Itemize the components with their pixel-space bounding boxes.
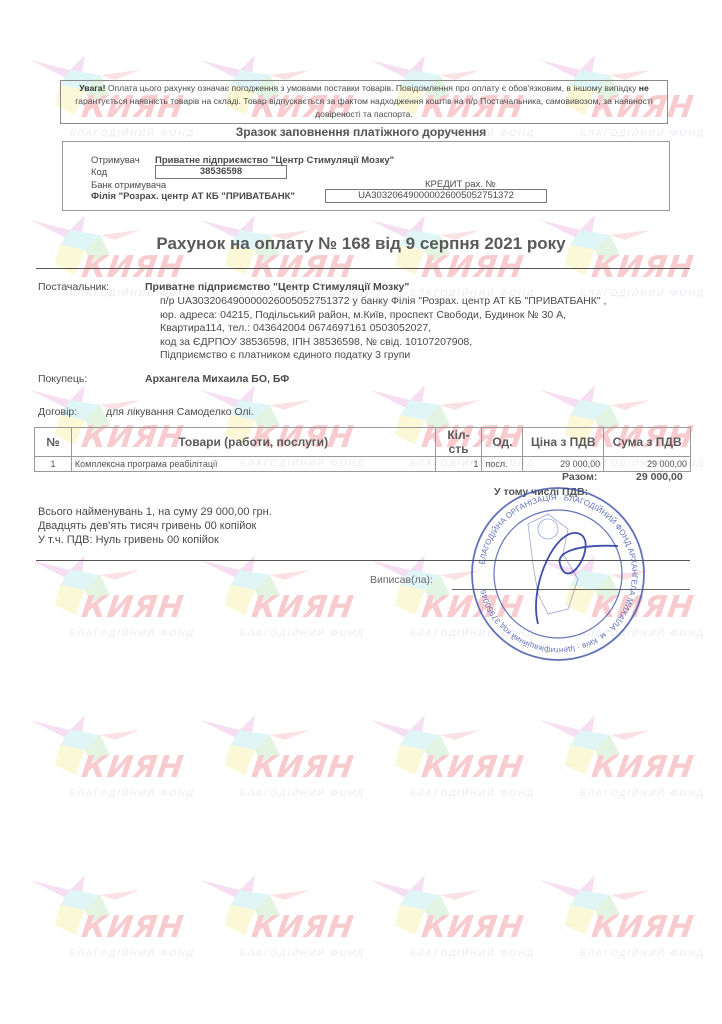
contract-label: Договір: bbox=[38, 406, 77, 420]
invoice-title: Рахунок на оплату № 168 від 9 серпня 202… bbox=[0, 234, 722, 254]
col-goods: Товари (работи, послуги) bbox=[71, 428, 435, 457]
payment-sample-title: Зразок заповнення платіжного доручення bbox=[0, 125, 722, 139]
col-number: № bbox=[35, 428, 72, 457]
supplier-line: п/р UA303206490000026005052751372 у банк… bbox=[160, 295, 606, 309]
summary-block: Всього найменувань 1, на суму 29 000,00 … bbox=[38, 505, 272, 547]
credit-value: UA303206490000026005052751372 bbox=[325, 189, 547, 203]
invoice-document: Увага! Оплата цього рахунку означає пого… bbox=[0, 0, 722, 1024]
cell-price: 29 000,00 bbox=[523, 457, 604, 472]
notice-prefix: Увага! bbox=[79, 83, 105, 93]
bank-label: Банк отримувача bbox=[91, 180, 166, 191]
col-sum: Сума з ПДВ bbox=[604, 428, 691, 457]
col-price: Ціна з ПДВ bbox=[523, 428, 604, 457]
supplier-label: Постачальник: bbox=[38, 281, 109, 295]
col-qty: Кіл-сть bbox=[435, 428, 482, 457]
notice-bold: не bbox=[639, 83, 649, 93]
signature-label: Виписав(ла): bbox=[370, 574, 433, 588]
supplier-line: Підприємство є платником єдиного податку… bbox=[160, 349, 606, 363]
bank-value: Філія "Розрах. центр АТ КБ "ПРИВАТБАНК" bbox=[91, 191, 295, 202]
buyer-label: Покупець: bbox=[38, 373, 87, 387]
buyer-name: Архангела Михаила БО, БФ bbox=[145, 373, 289, 387]
cell-goods: Комплексна програма реабілітації bbox=[71, 457, 435, 472]
cell-unit: посл. bbox=[482, 457, 523, 472]
supplier-name: Приватне підприємство "Центр Стимуляції … bbox=[145, 281, 409, 295]
summary-words: Двадцять дев'ять тисяч гривень 00 копійо… bbox=[38, 519, 272, 533]
summary-vat: У т.ч. ПДВ: Нуль гривень 00 копійок bbox=[38, 533, 272, 547]
code-label: Код bbox=[91, 167, 107, 178]
code-value: 38536598 bbox=[155, 165, 287, 179]
recipient-label: Отримувач bbox=[91, 155, 140, 166]
contract-value: для лікування Самоделко Олі. bbox=[106, 406, 254, 420]
supplier-line: код за ЄДРПОУ 38536598, ІПН 38536598, № … bbox=[160, 336, 606, 350]
table-row: 1 Комплексна програма реабілітації 1 пос… bbox=[35, 457, 691, 472]
payment-sample-box: Отримувач Приватне підприємство "Центр С… bbox=[62, 141, 670, 211]
organization-stamp-icon: БЛАГОДІЙНА ОРГАНІЗАЦІЯ · БЛАГОДІЙНИЙ ФОН… bbox=[468, 484, 648, 664]
supplier-details: п/р UA303206490000026005052751372 у банк… bbox=[160, 295, 606, 363]
supplier-line: Квартира114, тел.: 043642004 0674697161 … bbox=[160, 322, 606, 336]
title-divider bbox=[36, 268, 690, 269]
svg-text:БЛАГОДІЙНА ОРГАНІЗАЦІЯ · БЛАГО: БЛАГОДІЙНА ОРГАНІЗАЦІЯ · БЛАГОДІЙНИЙ ФОН… bbox=[478, 493, 639, 655]
payment-notice: Увага! Оплата цього рахунку означає пого… bbox=[60, 80, 668, 124]
supplier-line: юр. адреса: 04215, Подільський район, м.… bbox=[160, 309, 606, 323]
total-label: Разом: bbox=[562, 471, 597, 483]
cell-sum: 29 000,00 bbox=[604, 457, 691, 472]
table-header-row: № Товари (работи, послуги) Кіл-сть Од. Ц… bbox=[35, 428, 691, 457]
col-unit: Од. bbox=[482, 428, 523, 457]
items-table: № Товари (работи, послуги) Кіл-сть Од. Ц… bbox=[34, 427, 691, 472]
cell-qty: 1 bbox=[435, 457, 482, 472]
total-value: 29 000,00 bbox=[636, 471, 683, 483]
notice-text-2: гарантується наявність товарів на складі… bbox=[75, 96, 653, 119]
cell-number: 1 bbox=[35, 457, 72, 472]
notice-text: Оплата цього рахунку означає погодження … bbox=[105, 83, 638, 93]
summary-count: Всього найменувань 1, на суму 29 000,00 … bbox=[38, 505, 272, 519]
